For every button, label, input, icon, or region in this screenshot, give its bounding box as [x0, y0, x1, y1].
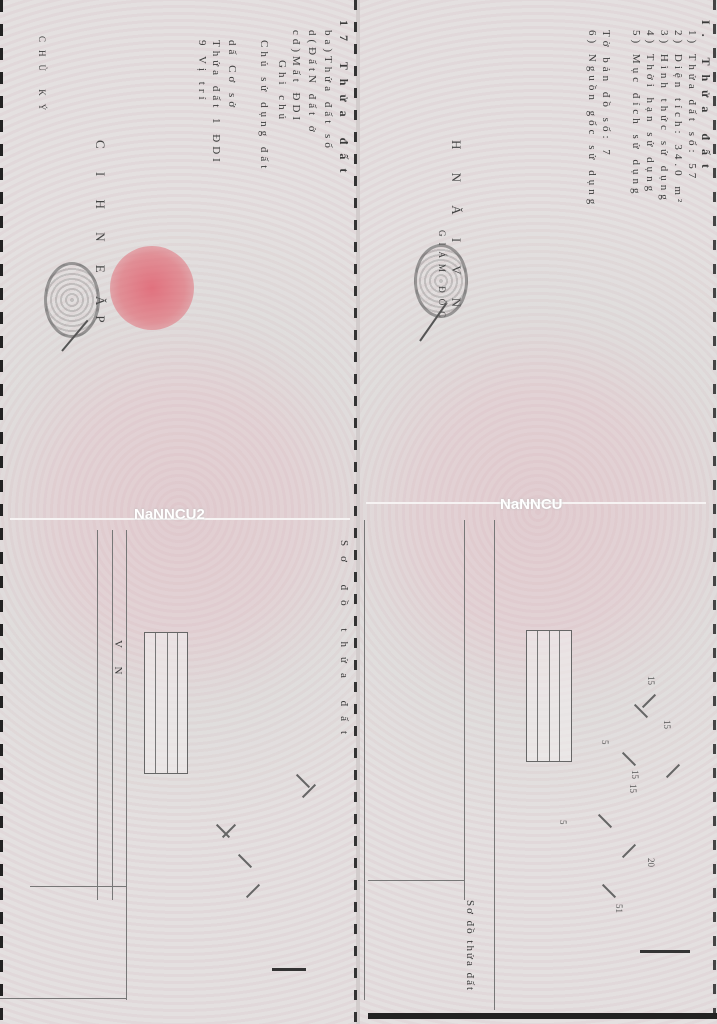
- right-column-heading: I. Thửa đất: [700, 20, 712, 177]
- right-frame-hline: [368, 880, 464, 881]
- left-line-3: cđ)Mất ĐDI: [290, 30, 302, 124]
- left-scale-bar: [272, 968, 306, 971]
- left-line-8: 9 Vị trí: [196, 40, 208, 104]
- parcel-label: 15: [628, 784, 638, 793]
- right-frame-line-3: [494, 520, 495, 1010]
- middle-edge-border: [354, 0, 357, 1024]
- parcel-label: 15: [630, 770, 640, 779]
- bottom-border-bar: [368, 1013, 717, 1019]
- parcel-label: 15: [646, 676, 656, 685]
- right-line-5: 5) Mục đích sử dụng: [630, 30, 642, 198]
- parcel-label: 5: [558, 820, 568, 825]
- right-line-3: 3) Hình thức sử dụng: [658, 30, 670, 204]
- left-column-heading: 17 Thửa đất: [338, 20, 350, 181]
- left-round-stamp: [44, 262, 100, 338]
- right-line-4: 4) Thời hạn sử dụng: [644, 30, 656, 195]
- left-frame-line-2: [112, 530, 113, 900]
- left-line-1: ba)Thửa đất số: [322, 30, 334, 152]
- left-line-5: Chủ sử dụng đất: [258, 40, 270, 172]
- left-line-6: dấ Cơ sở: [226, 40, 238, 111]
- right-footer-text: Sơ đồ thửa đất: [464, 900, 476, 992]
- right-edge-border: [713, 0, 716, 1024]
- right-scale-bar: [640, 950, 690, 953]
- left-frame-line-3: [126, 530, 127, 1000]
- left-frame-hline-1: [30, 886, 126, 887]
- left-line-4: Ghi chú: [276, 60, 288, 123]
- left-header-tail: CHỦ KÝ: [36, 36, 48, 118]
- right-line-7: 6) Nguồn gốc sử dụng: [586, 30, 598, 208]
- right-line-6: Tờ bản đồ số: 7: [600, 30, 612, 159]
- left-coordinate-table: [144, 632, 188, 774]
- left-line-2: d(ĐấtN đất ở: [306, 30, 318, 136]
- left-frame-line-1: [97, 530, 98, 900]
- right-coordinate-table: [526, 630, 572, 762]
- right-frame-line-2: [464, 520, 465, 900]
- left-banner-text: NaNNCU2: [134, 506, 205, 523]
- parcel-label: 15: [662, 720, 672, 729]
- right-banner-text: NaNNCU: [500, 496, 563, 513]
- left-footer-text: Sơ đồ thửa đất: [338, 540, 350, 744]
- red-seal-stamp: [110, 246, 194, 330]
- left-line-7: Thửa đất 1 ĐDI: [210, 40, 222, 166]
- parcel-label: 20: [646, 858, 656, 867]
- right-frame-line-1: [364, 520, 365, 1000]
- left-frame-hline-2: [0, 998, 126, 999]
- right-line-1: 1) Thửa đất số: 57: [686, 30, 698, 182]
- left-table-caption: V N: [112, 640, 124, 682]
- parcel-label: 5: [600, 740, 610, 745]
- right-line-2: 2) Diện tích: 34.0 m²: [672, 30, 684, 206]
- left-edge-border: [0, 0, 3, 1024]
- parcel-label: 51: [614, 904, 624, 913]
